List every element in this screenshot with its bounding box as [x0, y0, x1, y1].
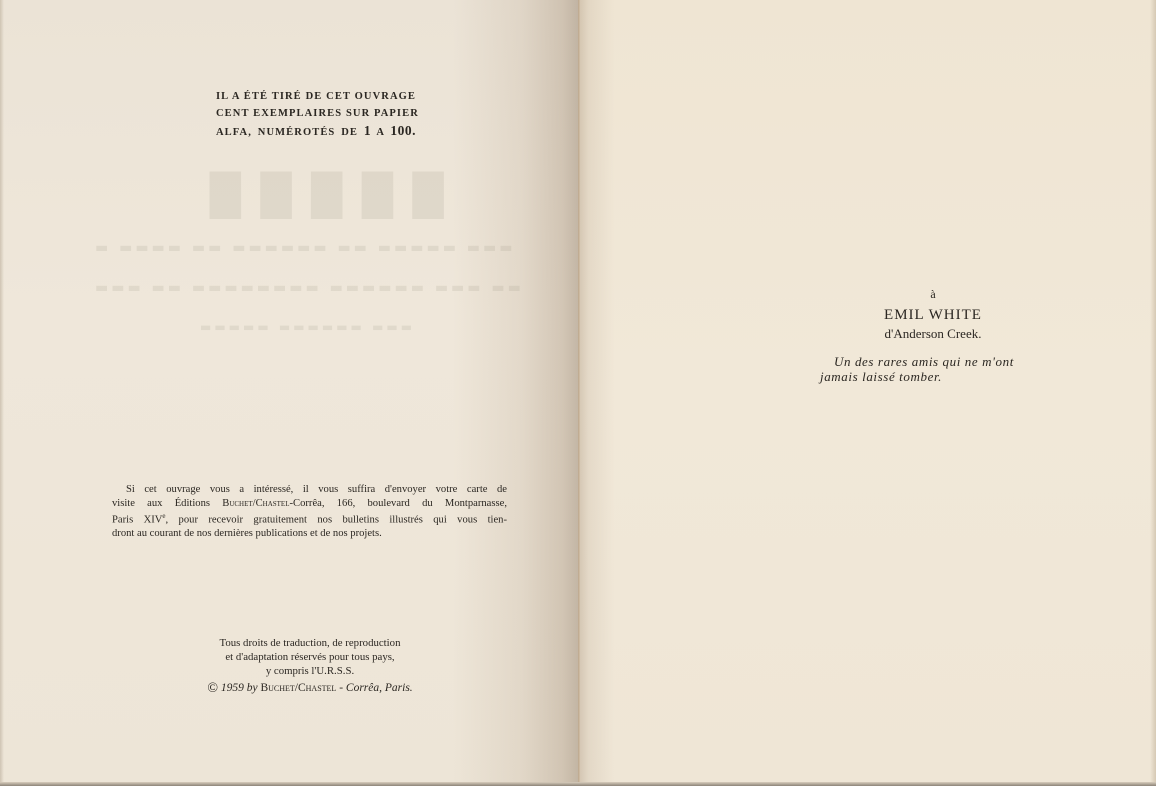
- note-line: visite aux Éditions Buchet/Chastel-Corrê…: [112, 497, 507, 511]
- dedication-quote: Un des rares amis qui ne m'ont jamais la…: [820, 354, 1060, 384]
- dedicatee-place: d'Anderson Creek.: [828, 325, 1038, 342]
- note-line: Paris XIVe, pour recevoir gratuitement n…: [112, 510, 507, 527]
- notice-line: ALFA, NUMÉROTÉS DE 1 A 100.: [216, 122, 416, 141]
- rights-line: et d'adaptation réservés pour tous pays,: [190, 650, 430, 664]
- publisher-mailing-note: Si cet ouvrage vous a intéressé, il vous…: [112, 483, 507, 541]
- rights-line: Tous droits de traduction, de reproducti…: [190, 636, 430, 650]
- show-through-line: ▬ ▬▬▬▬ ▬▬ ▬▬▬▬▬▬ ▬▬ ▬▬▬▬▬ ▬▬▬: [95, 240, 515, 256]
- notice-line-text: ALFA, NUMÉROTÉS DE: [216, 127, 358, 138]
- note-line: Si cet ouvrage vous a intéressé, il vous…: [112, 483, 507, 497]
- left-page: █ █ █ █ █ ▬ ▬▬▬▬ ▬▬ ▬▬▬▬▬▬ ▬▬ ▬▬▬▬▬ ▬▬▬ …: [0, 0, 580, 786]
- show-through-title: █ █ █ █ █: [210, 172, 447, 219]
- range-connector: A: [376, 127, 384, 138]
- copyright-publisher: Buchet/Chastel: [260, 682, 336, 694]
- note-line: dront au courant de nos dernières public…: [112, 527, 507, 541]
- note-text: , pour recevoir gratuitement nos bulleti…: [166, 515, 507, 526]
- limited-edition-notice: IL A ÉTÉ TIRÉ DE CET OUVRAGE CENT EXEMPL…: [216, 88, 416, 141]
- bottom-page-edge: [0, 782, 1156, 786]
- right-page: [580, 0, 1156, 786]
- publisher-name: Buchet/Chastel: [222, 498, 289, 509]
- copyright-separator: -: [336, 682, 346, 694]
- show-through-line: ▬▬▬▬▬ ▬▬▬▬▬▬ ▬▬▬: [200, 320, 415, 334]
- notice-line: CENT EXEMPLAIRES SUR PAPIER: [216, 105, 416, 122]
- rights-notice: Tous droits de traduction, de reproducti…: [190, 636, 430, 695]
- range-end: 100.: [390, 123, 416, 138]
- right-page-edge: [1150, 0, 1156, 786]
- note-text: -Corrêa, 166, boulevard du Montparnasse,: [290, 498, 507, 509]
- left-page-edge: [0, 0, 4, 786]
- quote-line: jamais laissé tomber.: [820, 369, 1060, 384]
- quote-line: Un des rares amis qui ne m'ont: [820, 354, 1060, 369]
- show-through-line: ▬▬▬ ▬▬ ▬▬▬▬▬▬▬▬ ▬▬▬▬▬▬ ▬▬▬ ▬▬: [95, 280, 524, 296]
- dedicatee-name: EMIL WHITE: [828, 306, 1038, 324]
- range-start: 1: [364, 123, 371, 138]
- copyright-year: 1959 by: [221, 682, 258, 694]
- book-spread: █ █ █ █ █ ▬ ▬▬▬▬ ▬▬ ▬▬▬▬▬▬ ▬▬ ▬▬▬▬▬ ▬▬▬ …: [0, 0, 1156, 786]
- copyright-icon: ©: [207, 684, 218, 694]
- notice-line: IL A ÉTÉ TIRÉ DE CET OUVRAGE: [216, 88, 416, 105]
- note-text: visite aux Éditions: [112, 498, 222, 509]
- copyright-line: © 1959 by Buchet/Chastel - Corrêa, Paris…: [190, 681, 430, 695]
- note-text: Paris XIV: [112, 515, 162, 526]
- copyright-place: Corrêa, Paris.: [346, 682, 413, 694]
- dedication-preposition: à: [828, 287, 1038, 301]
- rights-line: y compris l'U.R.S.S.: [190, 664, 430, 678]
- dedication: à EMIL WHITE d'Anderson Creek. Un des ra…: [820, 287, 1060, 384]
